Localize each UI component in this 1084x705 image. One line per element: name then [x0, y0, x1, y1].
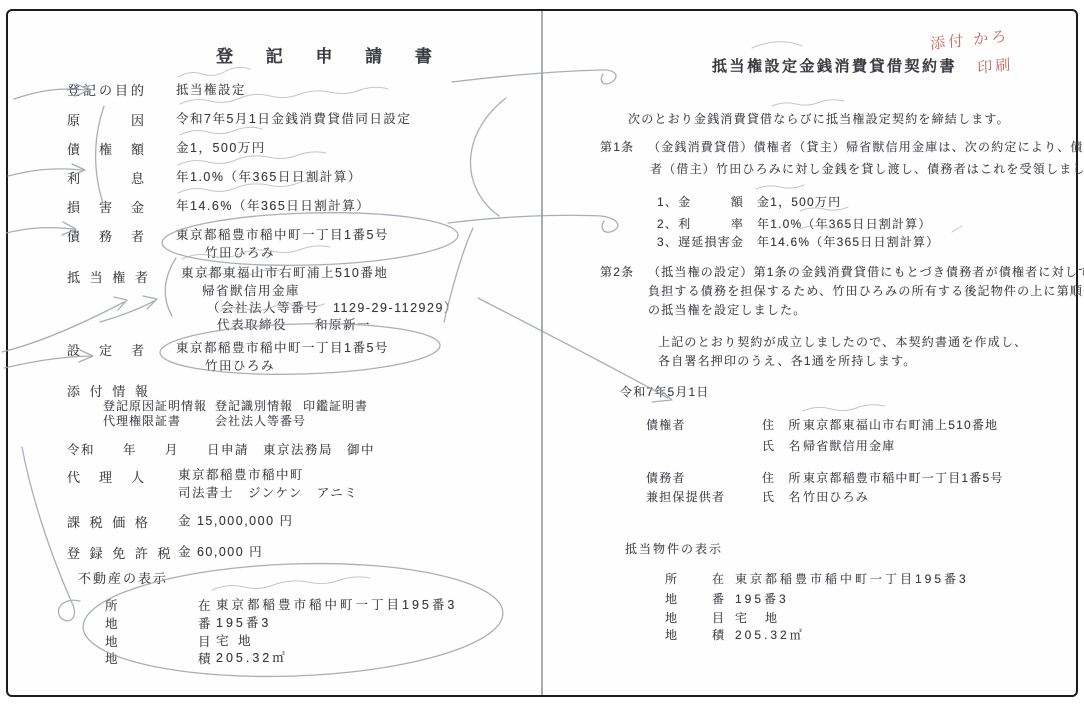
- left-page-title: 登 記 申 請 書: [216, 42, 446, 67]
- debtor-name-label: 氏 名: [762, 488, 802, 505]
- property-row-label: 積: [712, 626, 725, 643]
- closing-line1: 上記のとおり契約が成立しましたので、本契約書通を作成し、: [658, 333, 1027, 350]
- closing-line2: 各自署名押印のうえ、各1通を所持します。: [658, 352, 916, 369]
- property-row-value: 宅 地: [216, 631, 253, 649]
- claim-amount-value: 金1，500万円: [176, 138, 266, 156]
- debtor-label: 債 務 者: [67, 226, 147, 245]
- attachment-item: 会社法人等番号: [215, 412, 306, 429]
- article2-line1: （抵当権の設定）第1条の金銭消費貸借にもとづき債務者が債権者に対して: [648, 263, 1084, 280]
- mortgagee-label: 抵 当 権 者: [67, 267, 151, 286]
- property-row-value: 205.32㎡: [735, 626, 805, 643]
- scanned-document: 登 記 申 請 書 登記の目的 抵当権設定 原 因 令和7年5月1日金銭消費貸借…: [0, 0, 1084, 705]
- term-label: 1、金 額: [657, 193, 744, 210]
- property-row-label: 地: [105, 649, 119, 667]
- license-tax-value: 金 60,000 円: [178, 542, 263, 560]
- purpose-label: 登記の目的: [67, 80, 147, 99]
- mortgagee-address: 東京都東福山市右町浦上510番地: [181, 263, 388, 281]
- tax-price-value: 金 15,000,000 円: [178, 511, 294, 529]
- property-row-label: 目: [712, 609, 725, 626]
- damages-label: 損 害 金: [67, 197, 147, 216]
- property-row-label: 地: [665, 590, 678, 607]
- cause-value: 令和7年5月1日金銭消費貸借同日設定: [176, 109, 411, 127]
- property-row-value: 195番3: [216, 613, 271, 631]
- interest-value: 年1.0%（年365日日割計算）: [176, 167, 362, 185]
- creditor-name-label: 氏 名: [762, 437, 802, 454]
- page-divider: [541, 11, 543, 695]
- article1-line1: （金銭消費貸借）債権者（貸主）帰省獣信用金庫は、次の約定により、債務: [648, 138, 1084, 155]
- settlor-address: 東京都稲豊市稲中町一丁目1番5号: [176, 338, 389, 356]
- handwritten-red-note-line2: 印刷: [977, 53, 1014, 78]
- debtor-address: 東京都稲豊市稲中町一丁目1番5号: [803, 469, 1004, 486]
- damages-value: 年14.6%（年365日日割計算）: [176, 196, 370, 214]
- property-row-label: 積: [198, 649, 212, 667]
- property-row-value: 宅 地: [735, 609, 780, 626]
- application-date-line: 令和 年 月 日申請 東京法務局 御中: [67, 440, 375, 458]
- property-row-label: 在: [198, 596, 212, 614]
- property-row-label: 番: [712, 590, 725, 607]
- contract-date: 令和7年5月1日: [620, 383, 710, 400]
- article1-line2: 者（借主）竹田ひろみに対し金銭を貸し渡し、債務者はこれを受領しました。: [650, 160, 1084, 177]
- collateral-provider-role: 兼担保提供者: [646, 488, 725, 505]
- article1-number: 第1条: [600, 138, 634, 155]
- tax-price-label: 課 税 価 格: [67, 512, 151, 531]
- debtor-name: 竹田ひろみ: [803, 488, 869, 505]
- term-value: 金1，500万円: [757, 193, 841, 210]
- property-row-value: 東京都稲豊市稲中町一丁目195番3: [735, 570, 969, 587]
- debtor-address: 東京都稲豊市稲中町一丁目1番5号: [176, 225, 389, 243]
- term-label: 3、遅延損害金: [657, 233, 744, 250]
- article2-line3: の抵当権を設定しました。: [648, 301, 806, 318]
- debtor-address-label: 住 所: [762, 469, 802, 486]
- interest-label: 利 息: [67, 168, 147, 187]
- property-row-label: 地: [665, 626, 678, 643]
- property-row-value: 205.32㎡: [216, 648, 288, 666]
- term-value: 年14.6%（年365日日割計算）: [757, 233, 939, 250]
- right-page-title: 抵当権設定金銭消費貸借契約書: [712, 55, 957, 76]
- creditor-address: 東京都東福山市右町浦上510番地: [803, 416, 998, 433]
- mortgagee-corp-no: （会社法人等番号 1129-29-112929）: [207, 298, 458, 316]
- mortgaged-property-heading: 抵当物件の表示: [625, 540, 723, 557]
- purpose-value: 抵当権設定: [176, 80, 246, 98]
- term-value: 年1.0%（年365日日割計算）: [757, 215, 932, 232]
- property-row-label: 所: [665, 570, 678, 587]
- agent-address: 東京都稲豊市稲中町: [178, 465, 304, 483]
- property-heading: 不動産の表示: [78, 568, 168, 587]
- attachment-item: 代理権限証書: [103, 412, 181, 429]
- article2-number: 第2条: [600, 263, 634, 280]
- creditor-name: 帰省獣信用金庫: [803, 437, 895, 454]
- property-row-label: 番: [198, 614, 212, 632]
- property-row-label: 在: [712, 570, 725, 587]
- creditor-role: 債権者: [646, 416, 686, 433]
- claim-amount-label: 債 権 額: [67, 139, 147, 158]
- creditor-address-label: 住 所: [762, 416, 802, 433]
- debtor-name: 竹田ひろみ: [205, 243, 275, 261]
- property-row-label: 地: [105, 632, 119, 650]
- property-row-label: 所: [105, 596, 119, 614]
- settlor-name: 竹田ひろみ: [205, 356, 275, 374]
- term-label: 2、利 率: [657, 215, 744, 232]
- contract-intro: 次のとおり金銭消費貸借ならびに抵当権設定契約を締結します。: [628, 110, 1010, 127]
- property-row-value: 195番3: [735, 590, 789, 607]
- property-row-label: 目: [198, 632, 212, 650]
- article2-line2: 負担する債務を担保するため、竹田ひろみの所有する後記物件の上に第順位: [648, 282, 1084, 299]
- debtor-role: 債務者: [646, 469, 686, 486]
- property-row-label: 地: [105, 614, 119, 632]
- mortgagee-representative: 代表取締役 和原新一: [217, 315, 371, 333]
- property-row-label: 地: [665, 609, 678, 626]
- agent-label: 代 理 人: [67, 467, 147, 486]
- mortgagee-name: 帰省獣信用金庫: [202, 281, 300, 299]
- license-tax-label: 登 録 免 許 税: [67, 543, 173, 562]
- agent-name: 司法書士 ジンケン アニミ: [178, 483, 358, 501]
- cause-label: 原 因: [67, 110, 147, 129]
- attachment-item: 印鑑証明書: [303, 397, 368, 414]
- property-row-value: 東京都稲豊市稲中町一丁目195番3: [216, 595, 457, 613]
- settlor-label: 設 定 者: [67, 340, 147, 359]
